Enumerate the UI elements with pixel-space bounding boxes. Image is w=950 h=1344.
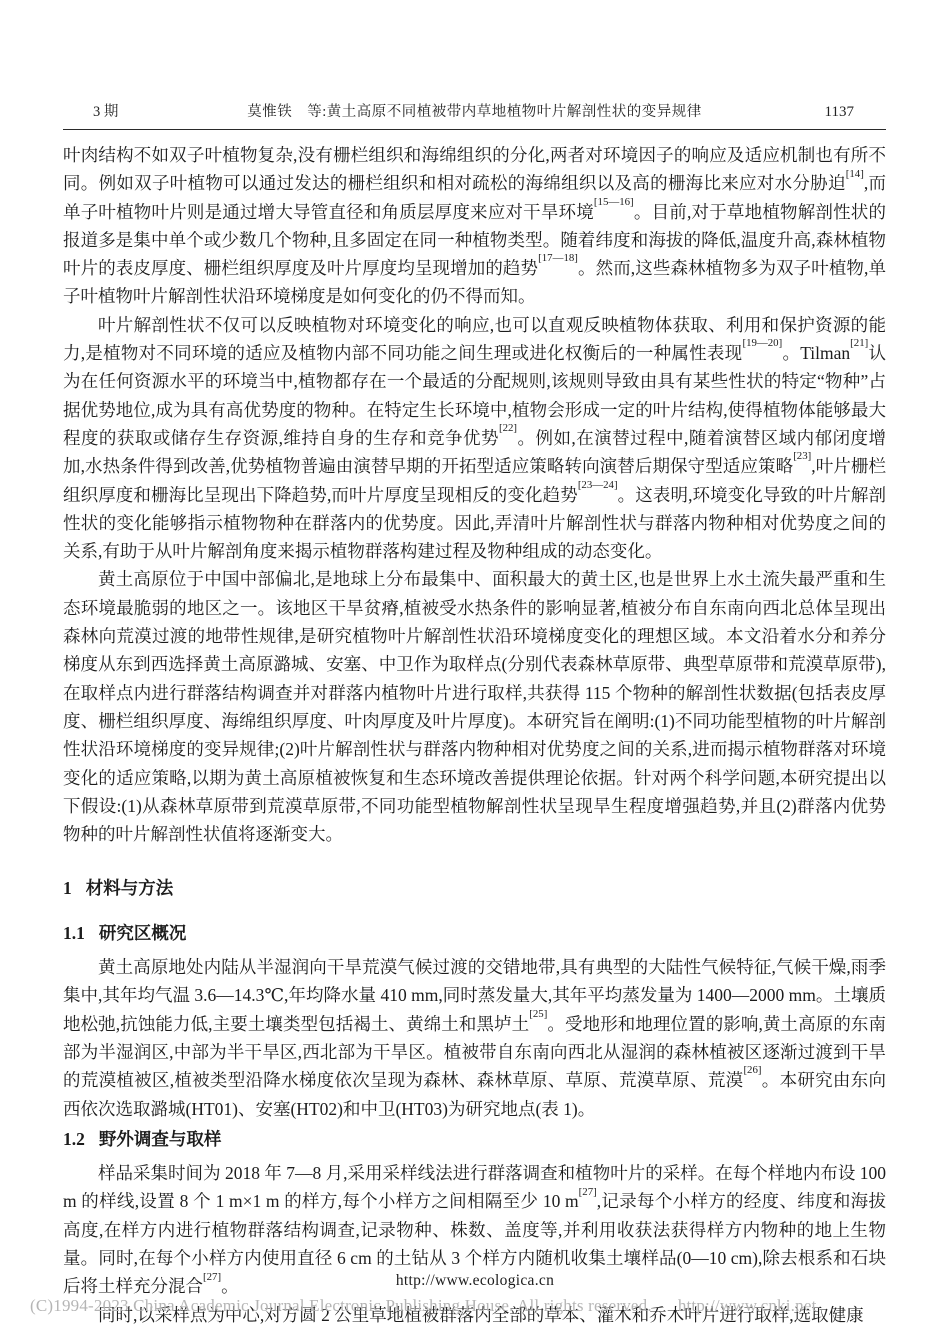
subsection-heading-study-area: 1.1研究区概况	[63, 919, 886, 947]
subsection-title: 研究区概况	[99, 923, 187, 943]
subsection-heading-field-survey: 1.2野外调查与取样	[63, 1125, 886, 1153]
running-title: 莫惟铁 等:黄土高原不同植被带内草地植物叶片解剖性状的变异规律	[213, 100, 736, 121]
journal-website-url: http://www.ecologica.cn	[0, 1272, 950, 1290]
header-divider	[63, 129, 886, 130]
section-heading-materials-methods: 1材料与方法	[63, 874, 886, 902]
subsection-number: 1.2	[63, 1129, 85, 1149]
subsection-number: 1.1	[63, 923, 85, 943]
copyright-text: (C)1994-2023 China Academic Journal Elec…	[30, 1296, 652, 1315]
section-number: 1	[63, 878, 72, 898]
paragraph-intro-continued: 叶肉结构不如双子叶植物复杂,没有栅栏组织和海绵组织的分化,两者对环境因子的响应及…	[63, 141, 886, 311]
page-number: 1137	[736, 104, 886, 121]
cnki-url: http://www.cnki.net	[678, 1296, 817, 1315]
issue-number: 3 期	[63, 100, 213, 121]
journal-page: 3 期 莫惟铁 等:黄土高原不同植被带内草地植物叶片解剖性状的变异规律 1137…	[0, 0, 950, 1344]
section-title: 材料与方法	[86, 878, 174, 898]
page-header: 3 期 莫惟铁 等:黄土高原不同植被带内草地植物叶片解剖性状的变异规律 1137	[63, 100, 886, 121]
paragraph-loess-plateau: 黄土高原位于中国中部偏北,是地球上分布最集中、面积最大的黄土区,也是世界上水土流…	[63, 565, 886, 848]
cnki-copyright-watermark: (C)1994-2023 China Academic Journal Elec…	[30, 1296, 950, 1316]
paragraph-study-area: 黄土高原地处内陆从半湿润向干旱荒漠气候过渡的交错地带,具有典型的大陆性气候特征,…	[63, 953, 886, 1123]
subsection-title: 野外调查与取样	[99, 1129, 222, 1149]
paragraph-anatomy-traits: 叶片解剖性状不仅可以反映植物对环境变化的响应,也可以直观反映植物体获取、利用和保…	[63, 311, 886, 566]
article-body: 叶肉结构不如双子叶植物复杂,没有栅栏组织和海绵组织的分化,两者对环境因子的响应及…	[63, 141, 886, 1329]
